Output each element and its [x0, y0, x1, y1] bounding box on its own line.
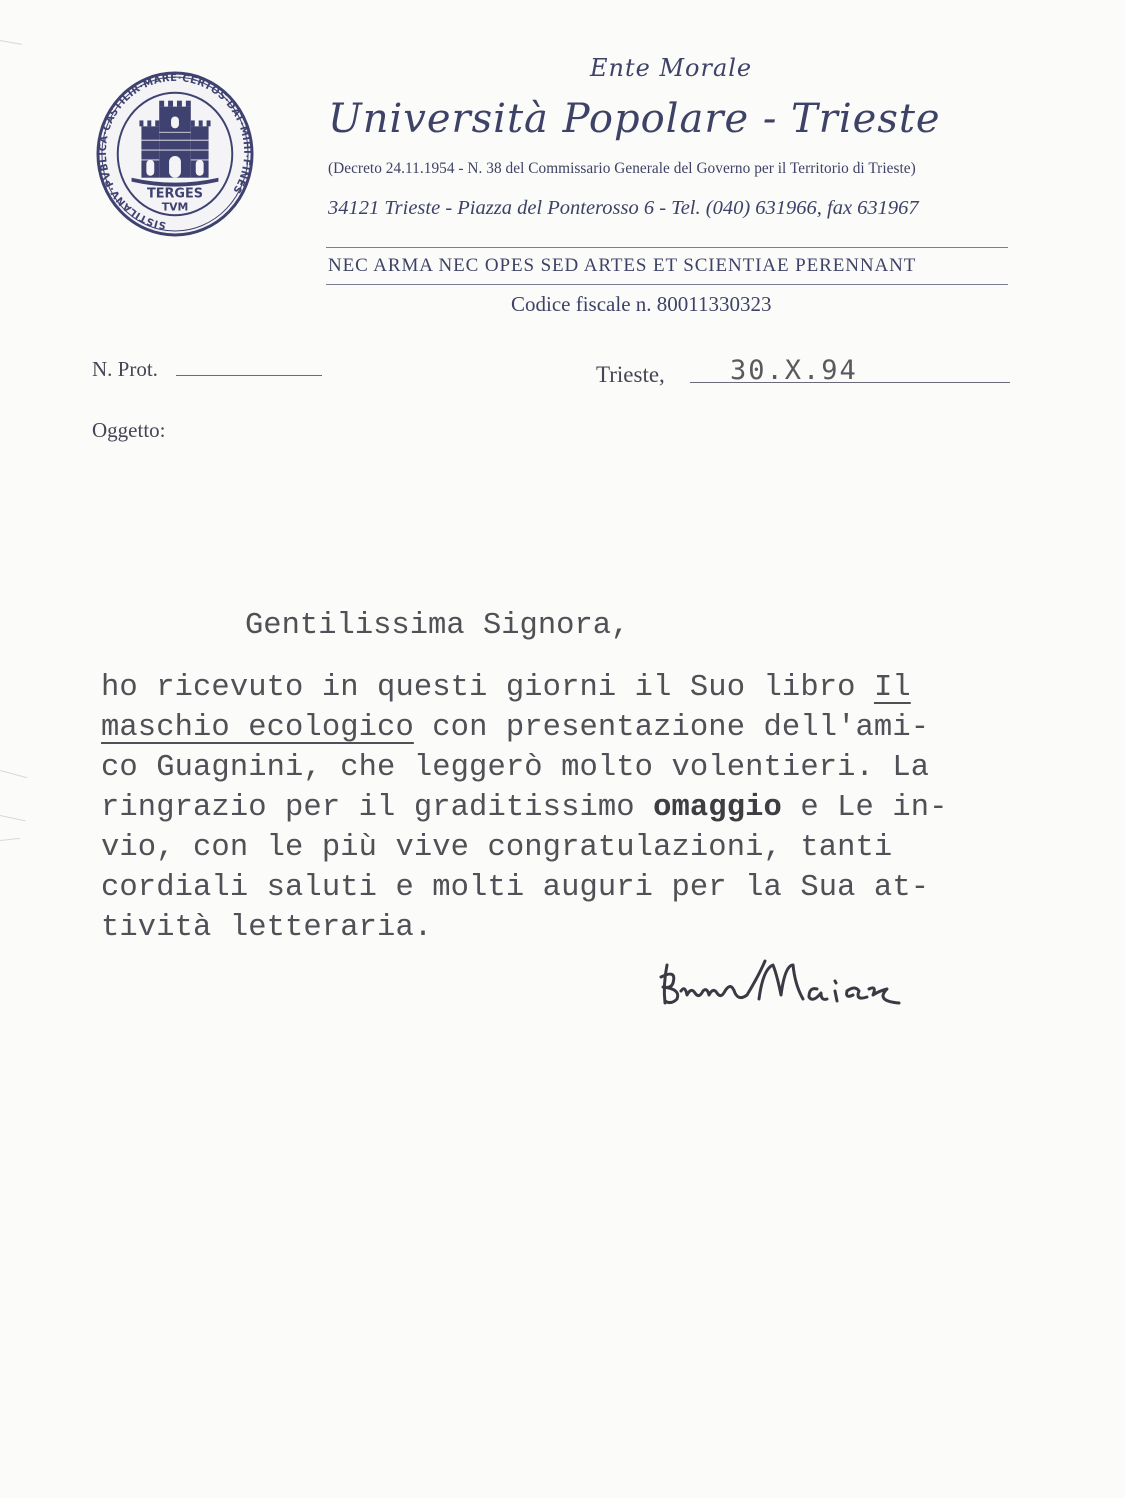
letter-text: tività letteraria. — [101, 911, 432, 945]
letter-line: co Guagnini, che leggerò molto volentier… — [101, 748, 1061, 788]
address-line: 34121 Trieste - Piazza del Ponterosso 6 … — [328, 197, 919, 220]
city-seal-castle-icon: SISTILANV·PVBLICA·CASTILIR·MARE·CERTOS·D… — [96, 71, 254, 237]
book-title: Il — [874, 671, 911, 705]
letter-line: ho ricevuto in questi giorni il Suo libr… — [101, 668, 1061, 708]
divider — [326, 284, 1008, 285]
letter-line: tività letteraria. — [101, 908, 1061, 948]
letter-line: vio, con le più vive congratulazioni, ta… — [101, 828, 1061, 868]
letter-text: vio, con le più vive congratulazioni, ta… — [101, 831, 892, 865]
decree-line: (Decreto 24.11.1954 - N. 38 del Commissa… — [328, 160, 916, 178]
signature: Bruno Maier — [655, 955, 935, 1015]
letter-line: cordiali saluti e molti auguri per la Su… — [101, 868, 1061, 908]
divider — [326, 247, 1008, 248]
svg-text:TVM: TVM — [162, 200, 189, 213]
emphasis-text: omaggio — [653, 791, 782, 825]
letter-text: ringrazio per il graditissimo — [101, 791, 653, 825]
paper-crease — [0, 838, 20, 841]
letter-text: e Le in- — [782, 791, 948, 825]
motto: NEC ARMA NEC OPES SED ARTES ET SCIENTIAE… — [328, 255, 916, 277]
paper-crease — [0, 815, 26, 821]
subject-label: Oggetto: — [92, 418, 166, 443]
paper-crease — [0, 40, 22, 45]
letter-text: cordiali saluti e molti auguri per la Su… — [101, 871, 929, 905]
letter-line: maschio ecologico con presentazione dell… — [101, 708, 1061, 748]
letter-greeting: Gentilissima Signora, — [245, 609, 629, 643]
letter-body: ho ricevuto in questi giorni il Suo libr… — [101, 668, 1061, 948]
svg-text:TERGES: TERGES — [147, 186, 203, 201]
place-label: Trieste, — [596, 362, 665, 388]
institution-title: Università Popolare - Trieste — [328, 96, 941, 142]
tax-code: Codice fiscale n. 80011330323 — [511, 292, 772, 317]
protocol-label: N. Prot. — [92, 357, 158, 382]
letter-line: ringrazio per il graditissimo omaggio e … — [101, 788, 1061, 828]
letter-text: con presentazione dell'ami- — [414, 711, 929, 745]
book-title: maschio ecologico — [101, 711, 414, 745]
protocol-field-line — [176, 375, 322, 376]
paper-crease — [0, 770, 27, 778]
letter-text: ho ricevuto in questi giorni il Suo libr… — [101, 671, 874, 705]
ente-morale-label: Ente Morale — [590, 54, 752, 82]
letter-date: 30.X.94 — [730, 355, 858, 386]
letter-text: co Guagnini, che leggerò molto volentier… — [101, 751, 929, 785]
